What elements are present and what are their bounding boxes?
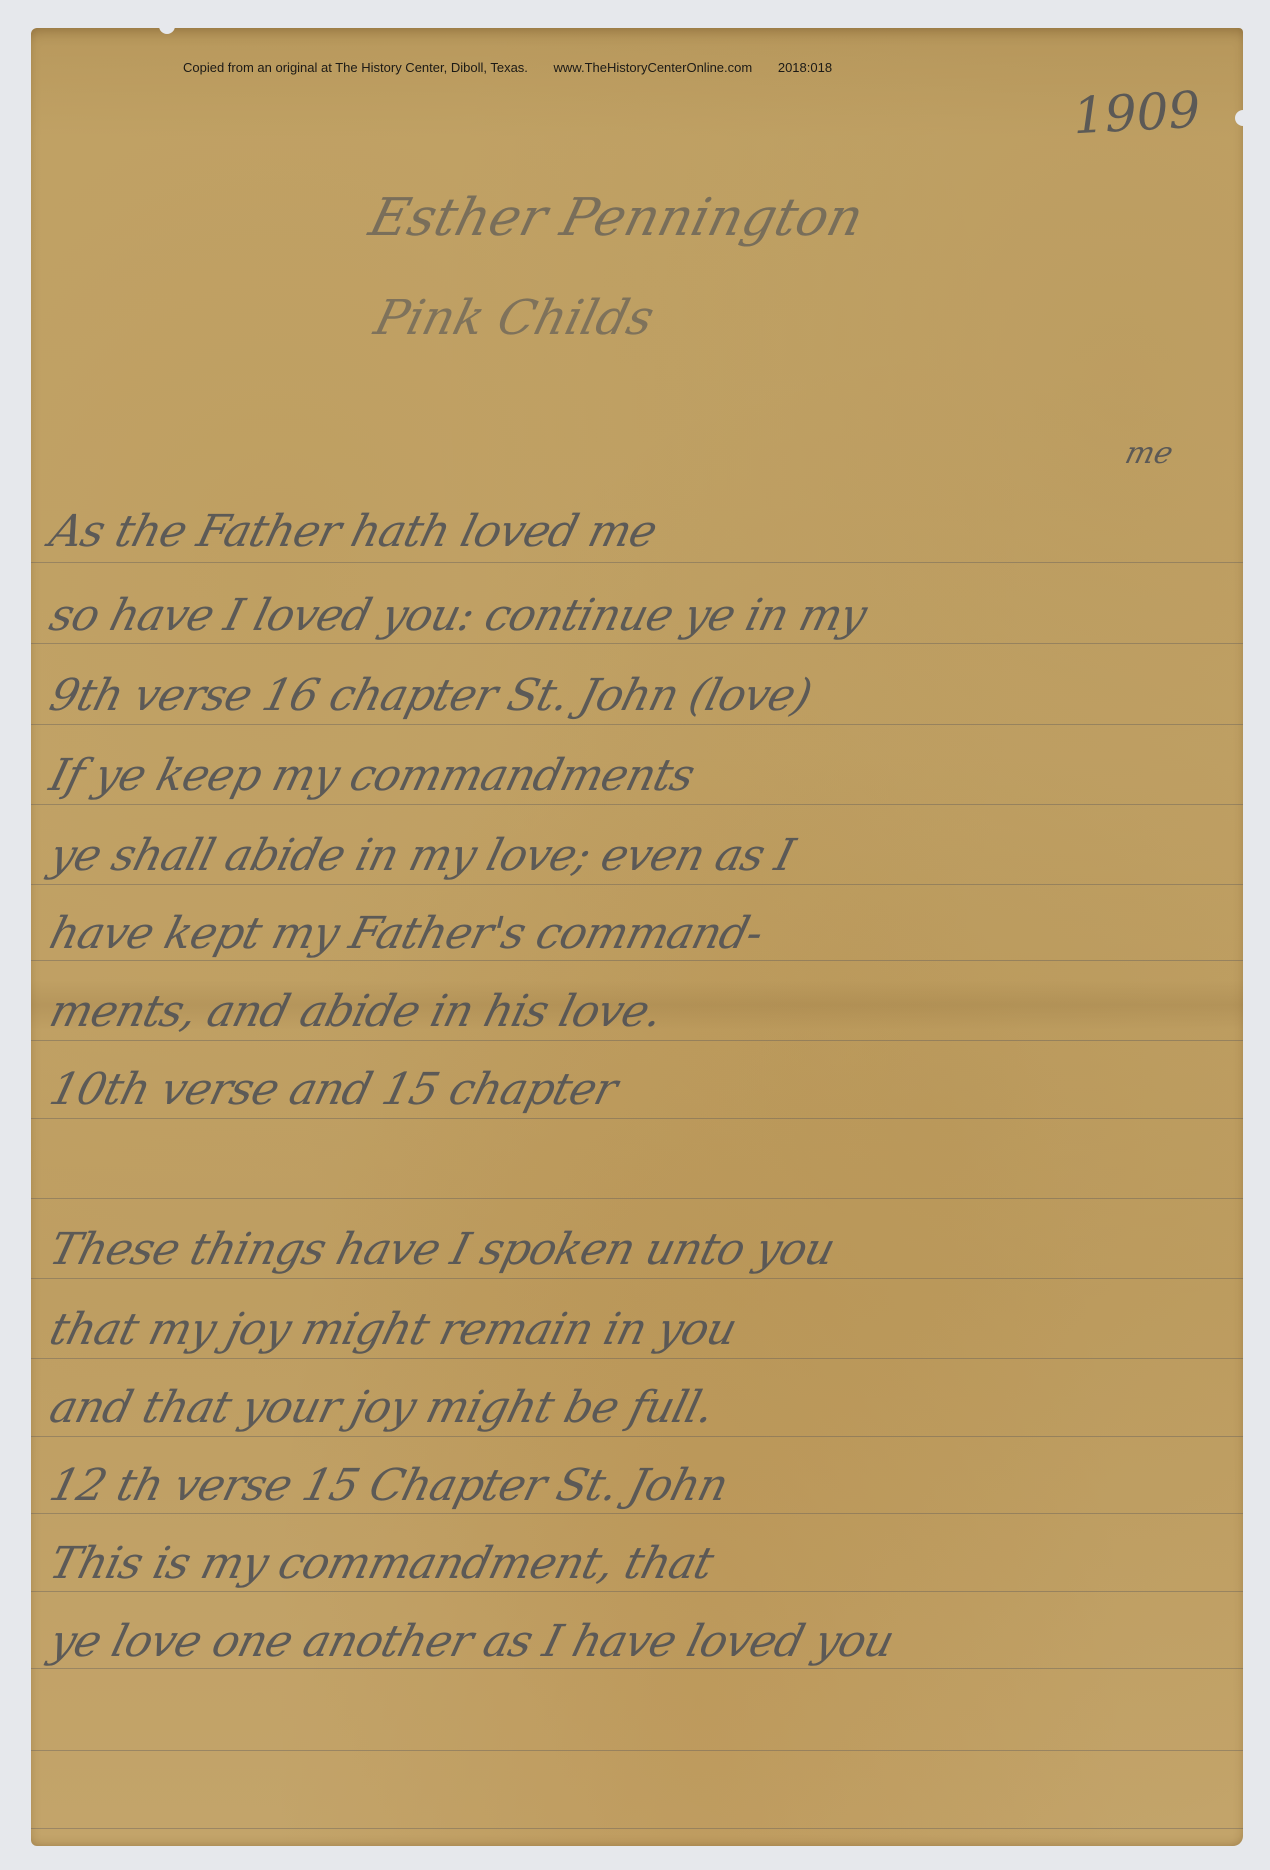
ruled-line: [31, 1436, 1243, 1437]
handwritten-line: 12 th verse 15 Chapter St. John: [45, 1460, 733, 1511]
ruled-line: [31, 1118, 1243, 1119]
ruled-line: [31, 1278, 1243, 1279]
archive-accession: 2018:018: [778, 60, 832, 75]
ruled-line: [31, 643, 1243, 644]
author-name-2: Pink Childs: [369, 290, 660, 346]
handwritten-line: As the Father hath loved me: [45, 506, 662, 557]
year-note: 1909: [1072, 81, 1202, 146]
handwritten-line: If ye keep my commandments: [45, 750, 699, 801]
letter-page: Copied from an original at The History C…: [31, 28, 1243, 1846]
inserted-word: me: [1122, 436, 1177, 471]
handwritten-line: so have I loved you: continue ye in my: [45, 590, 871, 641]
ruled-line: [31, 1750, 1243, 1751]
archive-website: www.TheHistoryCenterOnline.com: [554, 60, 753, 75]
archive-stamp: Copied from an original at The History C…: [183, 60, 854, 75]
ruled-line: [31, 1040, 1243, 1041]
handwritten-line: 9th verse 16 chapter St. John (love): [45, 670, 817, 721]
handwritten-line: ments, and abide in his love.: [45, 986, 667, 1037]
torn-edge: [1235, 110, 1245, 126]
ruled-line: [31, 804, 1243, 805]
ruled-line: [31, 1828, 1243, 1829]
handwritten-line: This is my commandment, that: [45, 1538, 718, 1589]
ruled-line: [31, 724, 1243, 725]
ruled-line: [31, 1198, 1243, 1199]
archive-source: Copied from an original at The History C…: [183, 60, 528, 75]
ruled-line: [31, 1668, 1243, 1669]
handwritten-line: ye shall abide in my love; even as I: [45, 830, 799, 881]
handwritten-line: These things have I spoken unto you: [45, 1224, 840, 1275]
handwritten-line: 10th verse and 15 chapter: [45, 1064, 622, 1115]
ruled-line: [31, 1591, 1243, 1592]
author-name: Esther Pennington: [364, 188, 870, 248]
ruled-line: [31, 960, 1243, 961]
torn-edge: [159, 26, 175, 34]
handwritten-line: that my joy might remain in you: [45, 1304, 742, 1355]
ruled-line: [31, 1513, 1243, 1514]
ruled-line: [31, 884, 1243, 885]
handwritten-line: and that your joy might be full.: [45, 1382, 719, 1433]
ruled-line: [31, 562, 1243, 563]
ruled-line: [31, 1358, 1243, 1359]
handwritten-line: ye love one another as I have loved you: [45, 1616, 899, 1667]
handwritten-line: have kept my Father's command-: [45, 908, 768, 959]
